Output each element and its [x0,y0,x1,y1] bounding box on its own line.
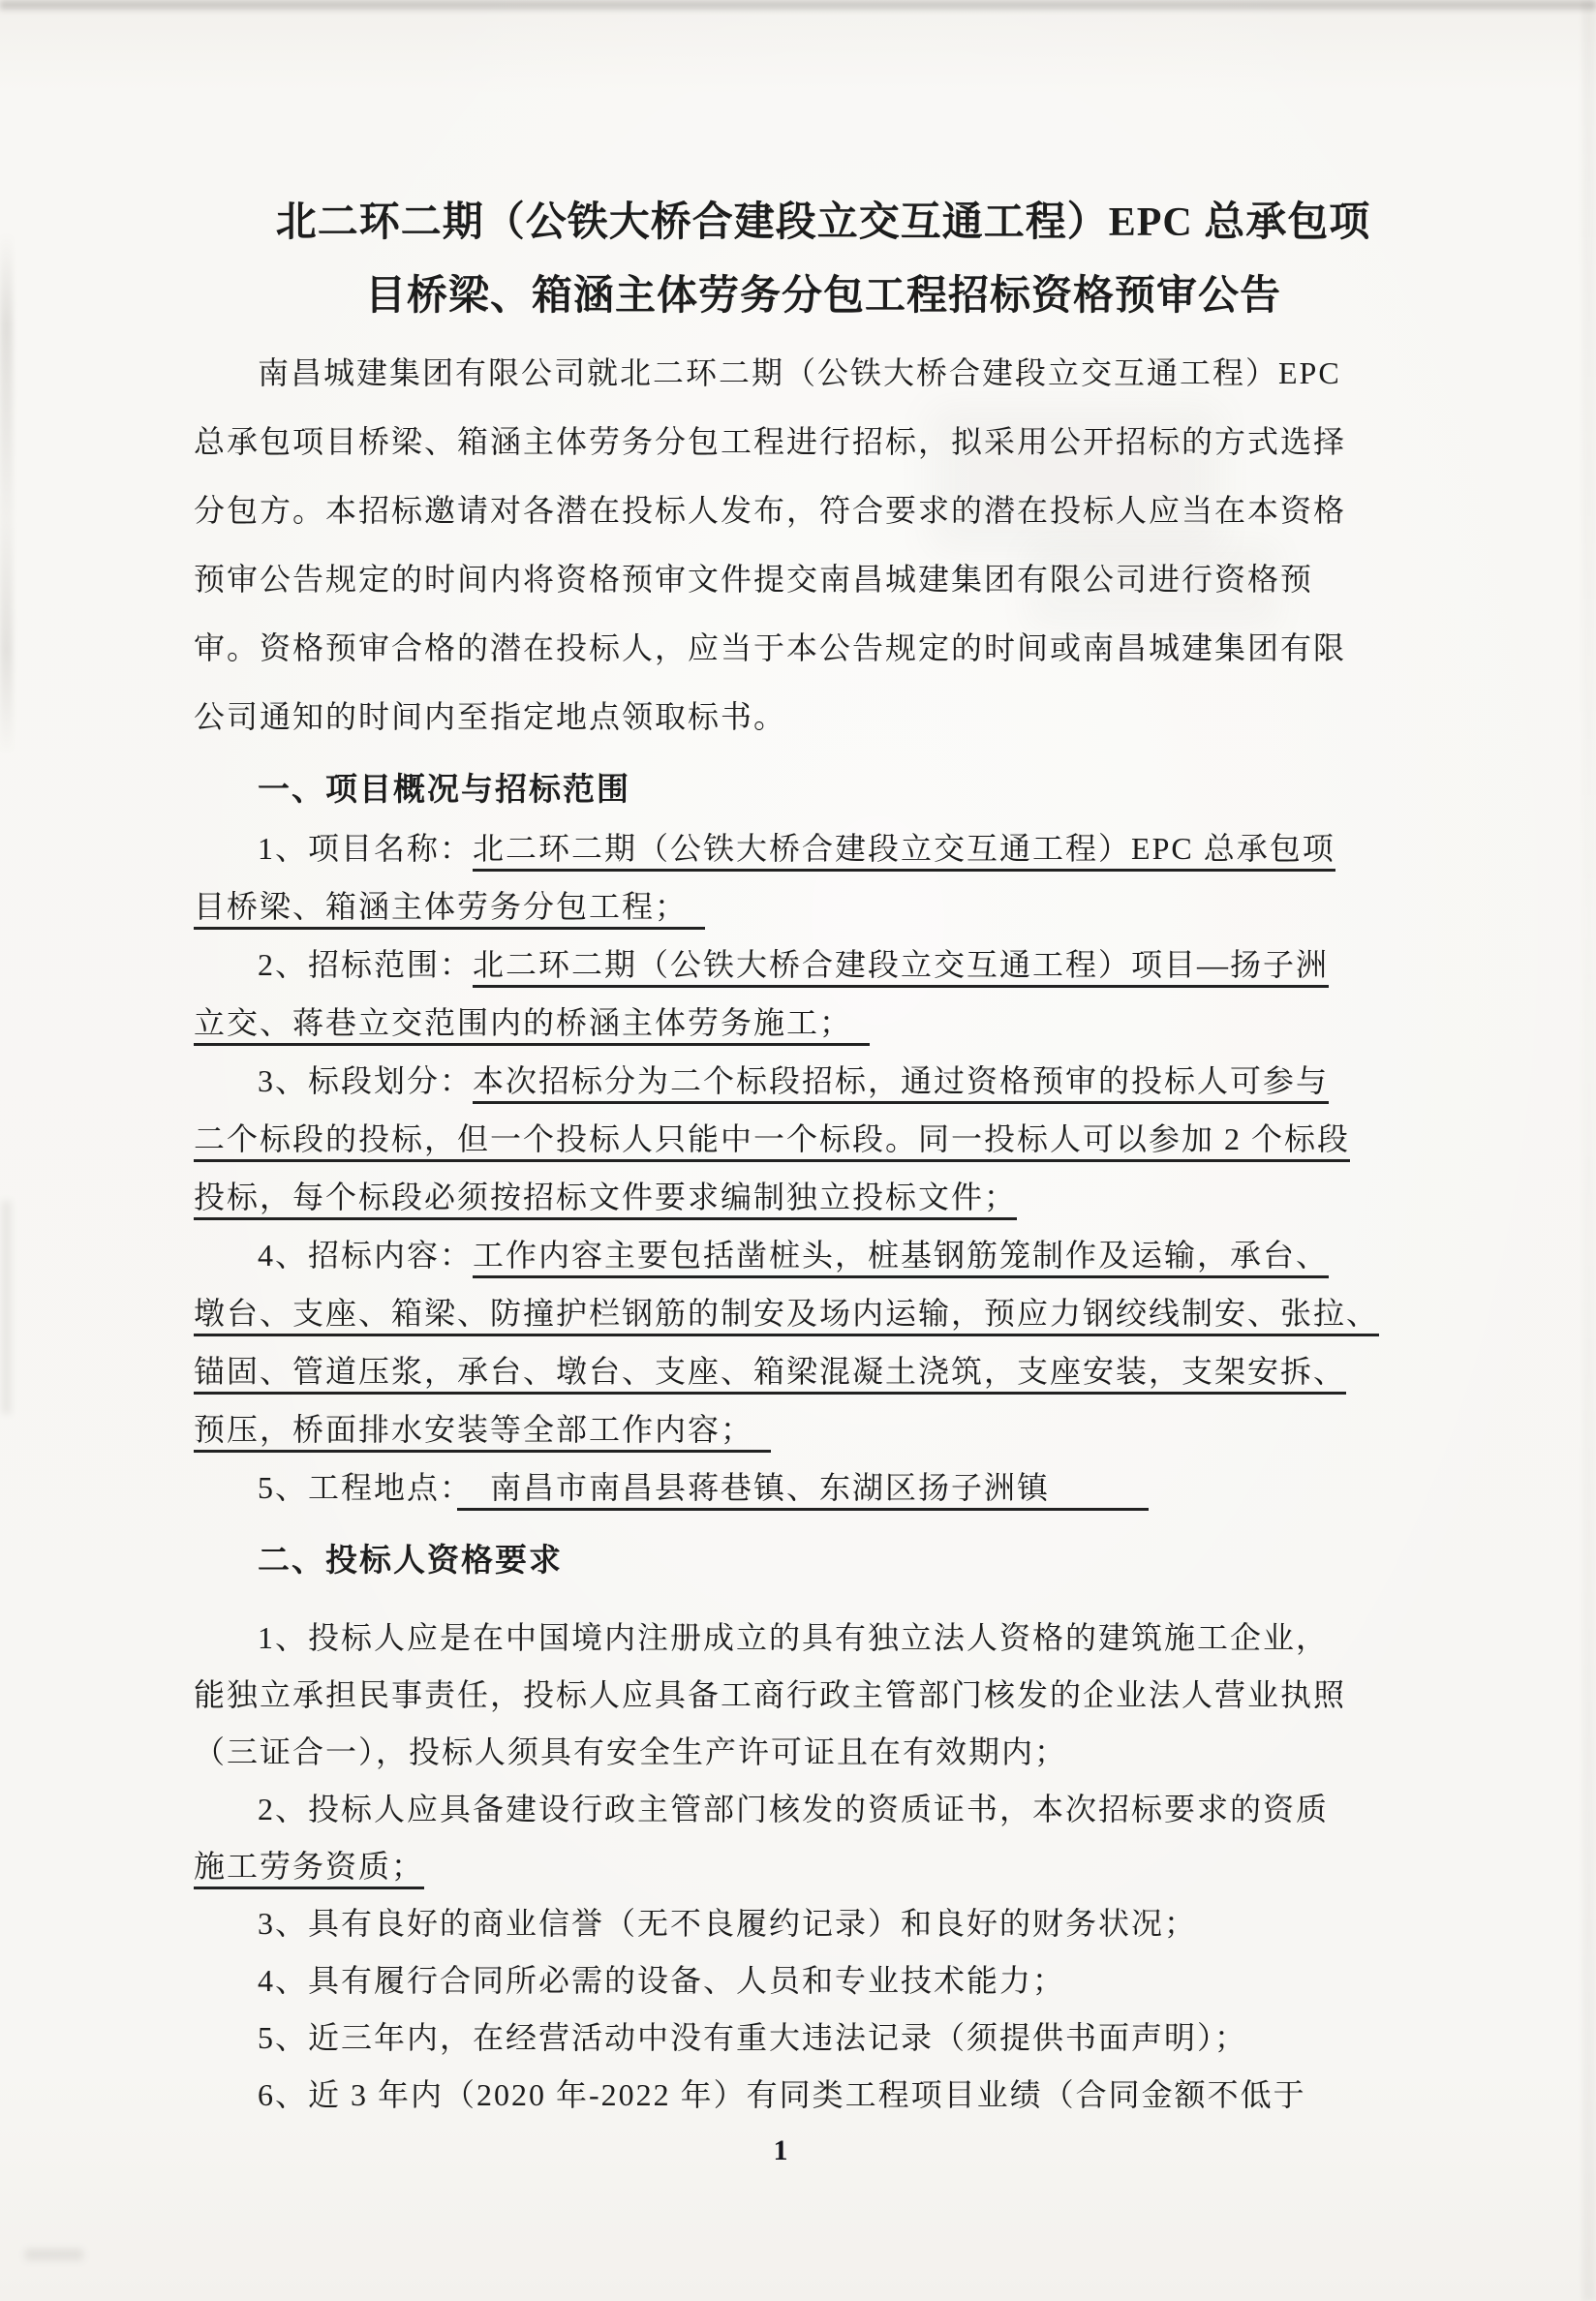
document-page: 北二环二期（公铁大桥合建段立交互通工程）EPC 总承包项 目桥梁、箱涵主体劳务分… [0,0,1596,2301]
scan-smudge [2,1201,11,1414]
item-value-underlined: 目桥梁、箱涵主体劳务分包工程； [194,889,705,930]
scan-edge-shadow [1582,0,1596,2301]
list-item: 3、标段划分：本次招标分为二个标段招标，通过资格预审的投标人可参与 [194,1052,1453,1110]
document-title-line-2: 目桥梁、箱涵主体劳务分包工程招标资格预审公告 [194,260,1453,333]
item-value-underlined: 墩台、支座、箱梁、防撞护栏钢筋的制安及场内运输，预应力钢绞线制安、张拉、 [194,1296,1379,1336]
item-value-underlined: 立交、蒋巷立交范围内的桥涵主体劳务施工； [194,1005,870,1046]
text-line: 总承包项目桥梁、箱涵主体劳务分包工程进行招标，拟采用公开招标的方式选择 [194,408,1453,476]
text-line: 审。资格预审合格的潜在投标人，应当于本公告规定的时间或南昌城建集团有限 [194,614,1453,683]
item-label: 1、项目名称： [258,831,473,866]
item-label: 5、工程地点： [258,1470,457,1505]
list-item-continuation: 能独立承担民事责任，投标人应具备工商行政主管部门核发的企业法人营业执照 [194,1667,1453,1724]
item-label: 2、招标范围： [258,947,473,982]
text-line: 南昌城建集团有限公司就北二环二期（公铁大桥合建段立交互通工程）EPC [194,339,1453,408]
scan-smudge [0,232,13,755]
item-label: 3、标段划分： [258,1063,473,1098]
item-value-underlined: 北二环二期（公铁大桥合建段立交互通工程）项目—扬子洲 [473,947,1329,988]
item-label: 4、招标内容： [258,1238,473,1273]
item-value-underlined: 工作内容主要包括凿桩头，桩基钢筋笼制作及运输，承台、 [473,1238,1329,1278]
item-value-underlined: 投标，每个标段必须按招标文件要求编制独立投标文件； [194,1180,1017,1220]
list-item: 2、投标人应具备建设行政主管部门核发的资质证书，本次招标要求的资质 [194,1781,1453,1838]
document-content: 北二环二期（公铁大桥合建段立交互通工程）EPC 总承包项 目桥梁、箱涵主体劳务分… [194,186,1453,2124]
item-value-underlined: 本次招标分为二个标段招标，通过资格预审的投标人可参与 [473,1063,1329,1104]
list-item: 1、投标人应是在中国境内注册成立的具有独立法人资格的建筑施工企业， [194,1610,1453,1667]
item-value-underlined: 锚固、管道压浆，承台、墩台、支座、箱梁混凝土浇筑，支座安装，支架安拆、 [194,1354,1346,1395]
document-title-line-1: 北二环二期（公铁大桥合建段立交互通工程）EPC 总承包项 [194,186,1453,260]
page-number: 1 [0,2134,1561,2167]
list-item-continuation: 预压，桥面排水安装等全部工作内容； [194,1400,1453,1458]
section-1-heading: 一、项目概况与招标范围 [194,761,1453,819]
list-item-continuation: 墩台、支座、箱梁、防撞护栏钢筋的制安及场内运输，预应力钢绞线制安、张拉、 [194,1284,1453,1342]
item-value-underlined: 北二环二期（公铁大桥合建段立交互通工程）EPC 总承包项 [473,831,1335,872]
list-item: 1、项目名称：北二环二期（公铁大桥合建段立交互通工程）EPC 总承包项 [194,819,1453,877]
section-2-heading: 二、投标人资格要求 [194,1532,1453,1590]
list-item: 5、近三年内，在经营活动中没有重大违法记录（须提供书面声明）； [194,2010,1453,2067]
item-value-underlined: 预压，桥面排水安装等全部工作内容； [194,1412,771,1453]
list-item-continuation: （三证合一），投标人须具有安全生产许可证且在有效期内； [194,1724,1453,1781]
list-item-continuation: 施工劳务资质； [194,1838,1453,1895]
scan-smudge [25,2249,83,2260]
list-item-continuation: 二个标段的投标，但一个投标人只能中一个标段。同一投标人可以参加 2 个标段 [194,1110,1453,1168]
item-value-underlined: 二个标段的投标，但一个投标人只能中一个标段。同一投标人可以参加 2 个标段 [194,1121,1350,1162]
item-value-underlined: 施工劳务资质； [194,1849,424,1889]
list-item-continuation: 锚固、管道压浆，承台、墩台、支座、箱梁混凝土浇筑，支座安装，支架安拆、 [194,1342,1453,1400]
text-line: 预审公告规定的时间内将资格预审文件提交南昌城建集团有限公司进行资格预 [194,545,1453,614]
list-item: 3、具有良好的商业信誉（无不良履约记录）和良好的财务状况； [194,1895,1453,1952]
intro-paragraph: 南昌城建集团有限公司就北二环二期（公铁大桥合建段立交互通工程）EPC 总承包项目… [194,339,1453,752]
list-item: 5、工程地点： 南昌市南昌县蒋巷镇、东湖区扬子洲镇 [194,1458,1453,1517]
list-item: 4、具有履行合同所必需的设备、人员和专业技术能力； [194,1952,1453,2010]
section-1-list: 1、项目名称：北二环二期（公铁大桥合建段立交互通工程）EPC 总承包项 目桥梁、… [194,819,1453,1517]
text-line: 分包方。本招标邀请对各潜在投标人发布，符合要求的潜在投标人应当在本资格 [194,476,1453,545]
list-item: 2、招标范围：北二环二期（公铁大桥合建段立交互通工程）项目—扬子洲 [194,936,1453,994]
list-item: 4、招标内容：工作内容主要包括凿桩头，桩基钢筋笼制作及运输，承台、 [194,1226,1453,1284]
list-item-continuation: 目桥梁、箱涵主体劳务分包工程； [194,877,1453,936]
scan-edge-shadow [0,0,1596,10]
list-item: 6、近 3 年内（2020 年-2022 年）有同类工程项目业绩（合同金额不低于 [194,2067,1453,2124]
text-line: 公司通知的时间内至指定地点领取标书。 [194,683,1453,752]
list-item-continuation: 投标，每个标段必须按招标文件要求编制独立投标文件； [194,1168,1453,1226]
item-value-underlined: 南昌市南昌县蒋巷镇、东湖区扬子洲镇 [457,1470,1149,1511]
list-item-continuation: 立交、蒋巷立交范围内的桥涵主体劳务施工； [194,994,1453,1052]
section-2-list: 1、投标人应是在中国境内注册成立的具有独立法人资格的建筑施工企业， 能独立承担民… [194,1610,1453,2124]
